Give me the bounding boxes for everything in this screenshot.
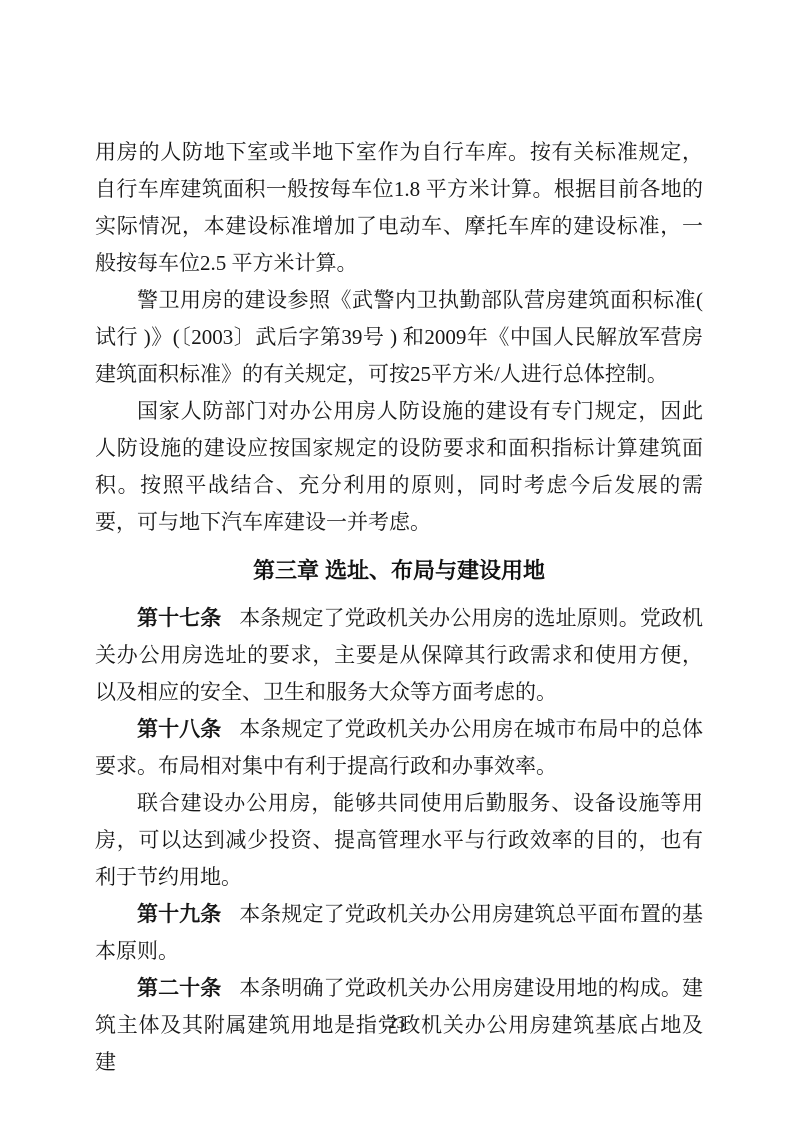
article-20-label: 第二十条 <box>137 977 221 1000</box>
article-19-label: 第十九条 <box>137 903 221 926</box>
article-17-label: 第十七条 <box>137 607 221 630</box>
paragraph-joint-construction: 联合建设办公用房，能够共同使用后勤服务、设备设施等用房，可以达到减少投资、提高管… <box>95 785 703 896</box>
paragraph-civil-defense: 国家人防部门对办公用房人防设施的建设有专门规定，因此人防设施的建设应按国家规定的… <box>95 393 703 541</box>
paragraph-guard-housing: 警卫用房的建设参照《武警内卫执勤部队营房建筑面积标准( 试行 )》(〔2003〕… <box>95 282 703 393</box>
chapter-heading: 第三章 选址、布局与建设用地 <box>95 552 703 589</box>
document-body: 用房的人防地下室或半地下室作为自行车库。按有关标准规定，自行车库建筑面积一般按每… <box>95 134 703 1081</box>
paragraph-bicycle-garage: 用房的人防地下室或半地下室作为自行车库。按有关标准规定，自行车库建筑面积一般按每… <box>95 134 703 282</box>
article-18-label: 第十八条 <box>137 718 221 741</box>
page-number: 23 <box>0 1012 793 1034</box>
article-18: 第十八条本条规定了党政机关办公用房在城市布局中的总体要求。布局相对集中有利于提高… <box>95 711 703 785</box>
article-19: 第十九条本条规定了党政机关办公用房建筑总平面布置的基本原则。 <box>95 896 703 970</box>
article-17: 第十七条本条规定了党政机关办公用房的选址原则。党政机关办公用房选址的要求，主要是… <box>95 600 703 711</box>
document-page: 用房的人防地下室或半地下室作为自行车库。按有关标准规定，自行车库建筑面积一般按每… <box>0 0 793 1122</box>
